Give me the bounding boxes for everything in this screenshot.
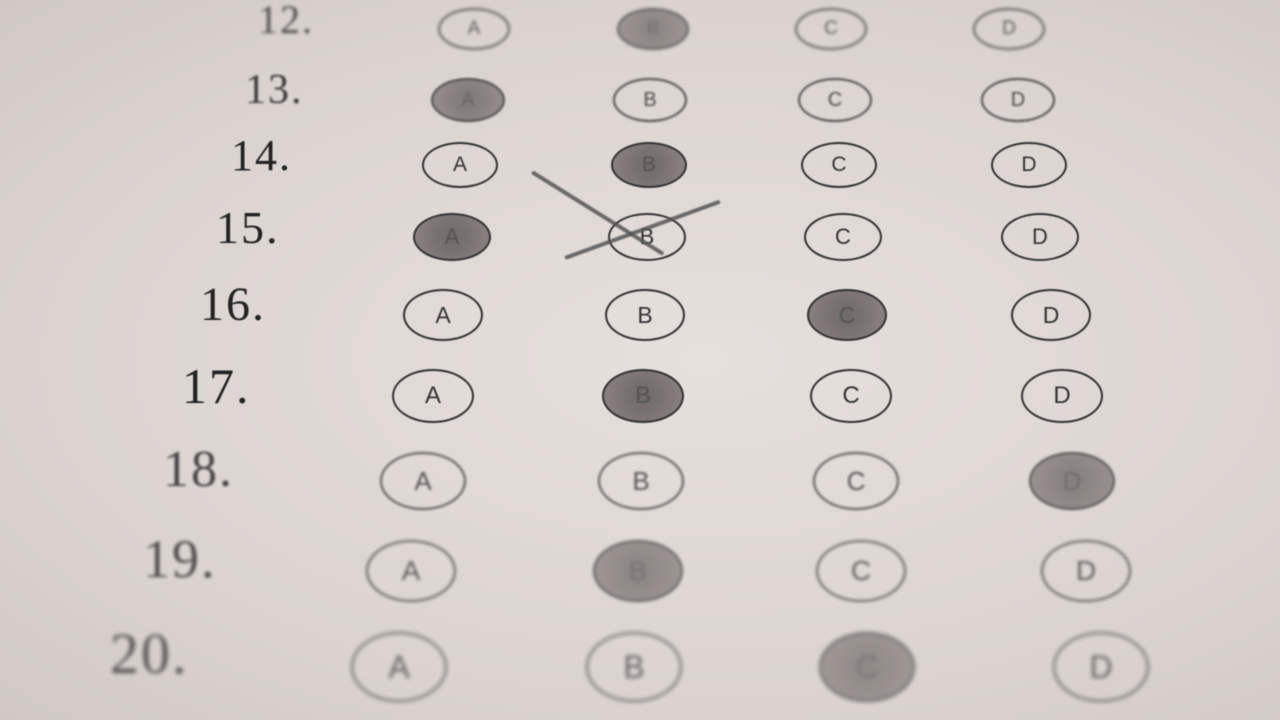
question-number: 19. [143, 528, 217, 590]
bubble-c[interactable]: C [813, 452, 899, 510]
bubble-d[interactable]: D [1041, 540, 1131, 602]
bubble-b[interactable]: B [598, 452, 684, 510]
bubble-d[interactable]: D [1021, 369, 1103, 423]
bubble-c[interactable]: C [795, 8, 867, 50]
bubble-d[interactable]: D [1011, 289, 1091, 341]
bubble-a[interactable]: A [403, 289, 483, 341]
bubble-a[interactable]: A [422, 142, 498, 188]
bubble-a[interactable]: A [413, 213, 491, 261]
bubble-a[interactable]: A [380, 452, 466, 510]
bubble-c[interactable]: C [798, 78, 872, 122]
bubble-d[interactable]: D [1001, 213, 1079, 261]
bubble-c[interactable]: C [810, 369, 892, 423]
bubble-b[interactable]: B [617, 8, 689, 50]
bubble-a[interactable]: A [392, 369, 474, 423]
bubble-b[interactable]: B [586, 632, 682, 702]
question-number: 14. [231, 130, 292, 181]
bubble-a[interactable]: A [351, 632, 447, 702]
bubble-d[interactable]: D [1053, 632, 1149, 702]
bubble-b[interactable]: B [602, 369, 684, 423]
bubble-d[interactable]: D [981, 78, 1055, 122]
bubble-c[interactable]: C [819, 632, 915, 702]
bubble-c[interactable]: C [801, 142, 877, 188]
bubble-b[interactable]: B [605, 289, 685, 341]
question-number: 15. [216, 201, 280, 254]
bubble-a[interactable]: A [438, 8, 510, 50]
question-number: 17. [182, 357, 251, 415]
bubble-b[interactable]: B [611, 142, 687, 188]
bubble-b[interactable]: B [593, 540, 683, 602]
bubble-c[interactable]: C [807, 289, 887, 341]
question-number: 20. [110, 620, 189, 687]
bubble-c[interactable]: C [816, 540, 906, 602]
question-number: 13. [245, 66, 304, 114]
question-number: 12. [258, 0, 314, 43]
bubble-a[interactable]: A [431, 78, 505, 122]
question-number: 18. [163, 440, 234, 499]
question-number: 16. [200, 277, 266, 332]
bubble-d[interactable]: D [991, 142, 1067, 188]
bubble-b[interactable]: B [613, 78, 687, 122]
bubble-d[interactable]: D [973, 8, 1045, 50]
bubble-a[interactable]: A [366, 540, 456, 602]
bubble-d[interactable]: D [1029, 452, 1115, 510]
bubble-c[interactable]: C [804, 213, 882, 261]
